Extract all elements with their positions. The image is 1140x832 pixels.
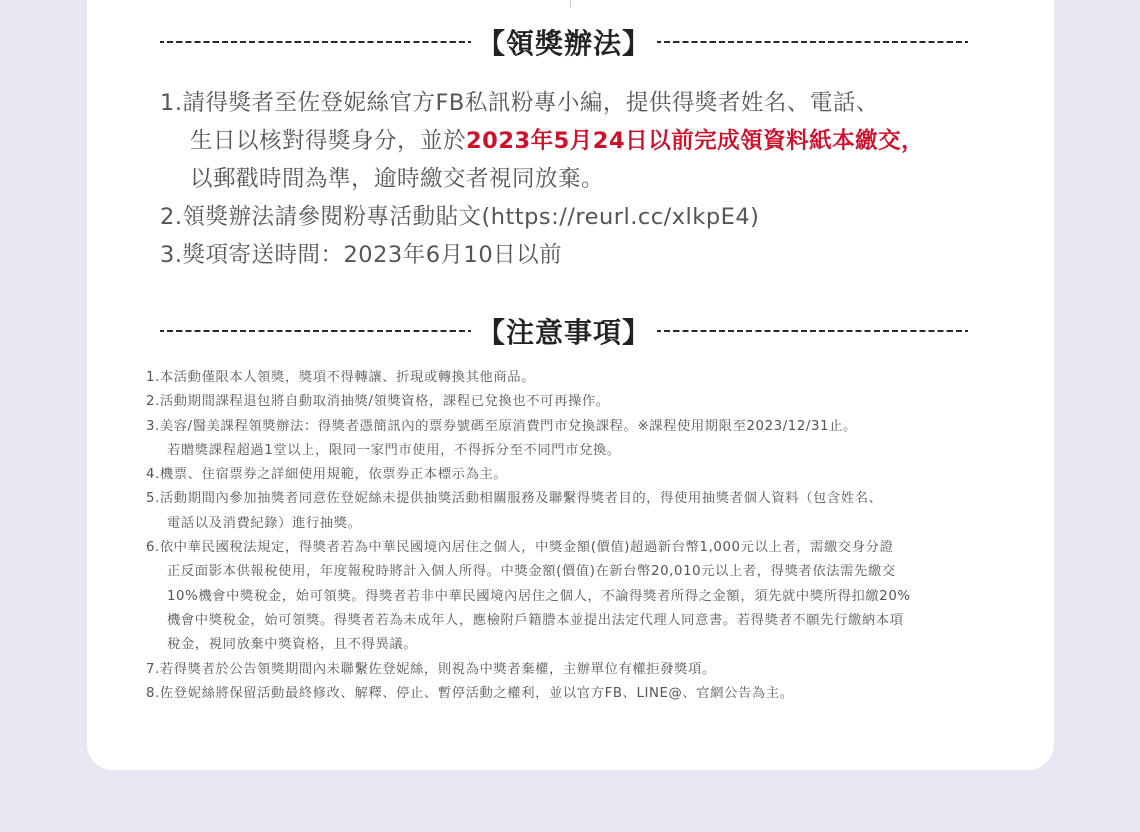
scroll-divider-mark: [570, 0, 572, 8]
note-line: 6.依中華民國稅法規定，得獎者若為中華民國境內居住之個人，中獎金額(價值)超過新…: [146, 536, 1036, 560]
note-line: 機會中獎稅金，始可領獎。得獎者若為未成年人，應檢附戶籍謄本並提出法定代理人同意書…: [146, 609, 1036, 633]
note-line: 8.佐登妮絲將保留活動最終修改、解釋、停止、暫停活動之權利，並以官方FB、LIN…: [146, 682, 1036, 706]
note-line: 稅金，視同放棄中獎資格，且不得異議。: [146, 633, 1036, 657]
claim-section-title: 【領獎辦法】: [471, 22, 657, 62]
note-line: 若贈獎課程超過1堂以上，限同一家門市使用，不得拆分至不同門市兌換。: [146, 439, 1036, 463]
note-item-8: 8.佐登妮絲將保留活動最終修改、解釋、停止、暫停活動之權利，並以官方FB、LIN…: [146, 682, 1036, 706]
claim-item-1-line-3: 以郵戳時間為準，逾時繳交者視同放棄。: [160, 160, 1020, 198]
note-line: 10%機會中獎稅金，始可領獎。得獎者若非中華民國境內居住之個人，不論得獎者所得之…: [146, 585, 1036, 609]
claim-item-1: 1.請得獎者至佐登妮絲官方FB私訊粉專小編，提供得獎者姓名、電話、 生日以核對得…: [160, 84, 1020, 198]
claim-item-2-line-1: 2.領獎辦法請參閱粉專活動貼文(https://reurl.cc/xlkpE4): [160, 198, 1020, 236]
note-item-7: 7.若得獎者於公告領獎期間內未聯繫佐登妮絲，則視為中獎者棄權，主辦單位有權拒發獎…: [146, 658, 1036, 682]
note-item-3: 3.美容/醫美課程領獎辦法：得獎者憑簡訊內的票券號碼至原消費門市兌換課程。※課程…: [146, 415, 1036, 464]
dashed-divider-left: [160, 330, 471, 332]
claim-item-3: 3.獎項寄送時間：2023年6月10日以前: [160, 236, 1020, 274]
dashed-divider-left: [160, 41, 471, 43]
note-line: 電話以及消費紀錄）進行抽獎。: [146, 512, 1036, 536]
notes-section-title: 【注意事項】: [471, 311, 657, 351]
note-line: 2.活動期間課程退包將自動取消抽獎/領獎資格，課程已兌換也不可再操作。: [146, 390, 1036, 414]
note-line: 1.本活動僅限本人領獎，獎項不得轉讓、折現或轉換其他商品。: [146, 366, 1036, 390]
note-line: 7.若得獎者於公告領獎期間內未聯繫佐登妮絲，則視為中獎者棄權，主辦單位有權拒發獎…: [146, 658, 1036, 682]
note-item-6: 6.依中華民國稅法規定，得獎者若為中華民國境內居住之個人，中獎金額(價值)超過新…: [146, 536, 1036, 657]
deadline-highlight: 2023年5月24日以前完成領資料紙本繳交，: [466, 128, 924, 154]
dashed-divider-right: [657, 41, 968, 43]
claim-item-1-line-2-prefix: 生日以核對得獎身分，並於: [190, 128, 466, 154]
note-line: 5.活動期間內參加抽獎者同意佐登妮絲未提供抽獎活動相關服務及聯繫得獎者目的，得使…: [146, 487, 1036, 511]
notes-list: 1.本活動僅限本人領獎，獎項不得轉讓、折現或轉換其他商品。 2.活動期間課程退包…: [146, 366, 1036, 706]
note-line: 正反面影本供報稅使用，年度報稅時將計入個人所得。中獎金額(價值)在新台幣20,0…: [146, 560, 1036, 584]
note-line: 3.美容/醫美課程領獎辦法：得獎者憑簡訊內的票券號碼至原消費門市兌換課程。※課程…: [146, 415, 1036, 439]
claim-item-1-line-1: 1.請得獎者至佐登妮絲官方FB私訊粉專小編，提供得獎者姓名、電話、: [160, 84, 1020, 122]
note-item-4: 4.機票、住宿票券之詳細使用規範，依票券正本標示為主。: [146, 463, 1036, 487]
notes-section-header: 【注意事項】: [160, 311, 968, 351]
claim-section-header: 【領獎辦法】: [160, 22, 968, 62]
note-item-1: 1.本活動僅限本人領獎，獎項不得轉讓、折現或轉換其他商品。: [146, 366, 1036, 390]
dashed-divider-right: [657, 330, 968, 332]
claim-item-3-line-1: 3.獎項寄送時間：2023年6月10日以前: [160, 236, 1020, 274]
claim-method-list: 1.請得獎者至佐登妮絲官方FB私訊粉專小編，提供得獎者姓名、電話、 生日以核對得…: [160, 84, 1020, 274]
note-item-5: 5.活動期間內參加抽獎者同意佐登妮絲未提供抽獎活動相關服務及聯繫得獎者目的，得使…: [146, 487, 1036, 536]
claim-item-1-line-2: 生日以核對得獎身分，並於2023年5月24日以前完成領資料紙本繳交，: [160, 122, 1020, 160]
claim-item-2: 2.領獎辦法請參閱粉專活動貼文(https://reurl.cc/xlkpE4): [160, 198, 1020, 236]
note-item-2: 2.活動期間課程退包將自動取消抽獎/領獎資格，課程已兌換也不可再操作。: [146, 390, 1036, 414]
note-line: 4.機票、住宿票券之詳細使用規範，依票券正本標示為主。: [146, 463, 1036, 487]
